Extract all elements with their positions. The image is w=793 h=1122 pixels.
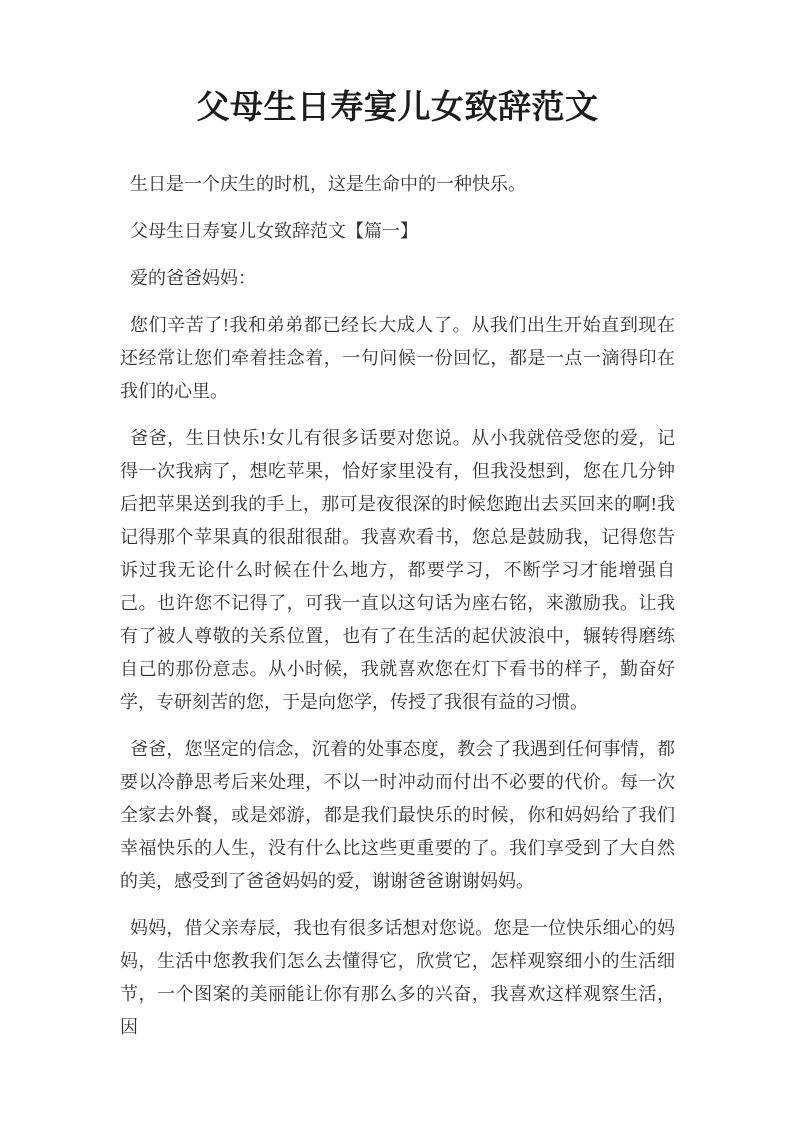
paragraph-section-head: 父母生日寿宴儿女致辞范文【篇一】 [120, 215, 675, 248]
paragraph-body-4: 妈妈，借父亲寿辰，我也有很多话想对您说。您是一位快乐细心的妈妈，生活中您教我们怎… [120, 912, 675, 1044]
document-body: 生日是一个庆生的时机，这是生命中的一种快乐。 父母生日寿宴儿女致辞范文【篇一】 … [120, 168, 675, 1044]
paragraph-body-1: 您们辛苦了!我和弟弟都已经长大成人了。从我们出生开始直到现在还经常让您们牵着挂念… [120, 309, 675, 408]
paragraph-salutation: 爱的爸爸妈妈： [120, 262, 675, 295]
paragraph-body-2: 爸爸，生日快乐!女儿有很多话要对您说。从小我就倍受您的爱，记得一次我病了，想吃苹… [120, 422, 675, 719]
paragraph-intro: 生日是一个庆生的时机，这是生命中的一种快乐。 [120, 168, 675, 201]
paragraph-body-3: 爸爸，您坚定的信念，沉着的处事态度，教会了我遇到任何事情，都要以冷静思考后来处理… [120, 733, 675, 898]
document-page: 父母生日寿宴儿女致辞范文 生日是一个庆生的时机，这是生命中的一种快乐。 父母生日… [0, 0, 793, 1122]
document-title: 父母生日寿宴儿女致辞范文 [120, 86, 675, 130]
